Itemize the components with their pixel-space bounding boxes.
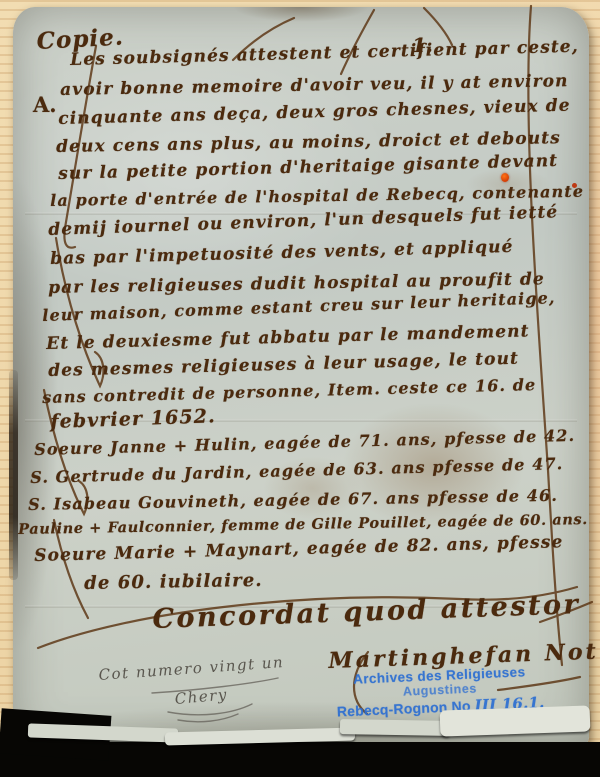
manuscript-line: de 60. iubilaire. — [84, 570, 263, 594]
margin-letter: A. — [33, 92, 57, 117]
red-ink-speck — [572, 183, 577, 188]
torn-paper-edge — [440, 705, 591, 736]
red-seal-dot — [501, 173, 509, 182]
manuscript-photo: Copie. 1. A. Les soubsignés attestent et… — [0, 0, 600, 777]
torn-paper-edge — [340, 719, 450, 736]
binding-threads — [9, 370, 18, 580]
